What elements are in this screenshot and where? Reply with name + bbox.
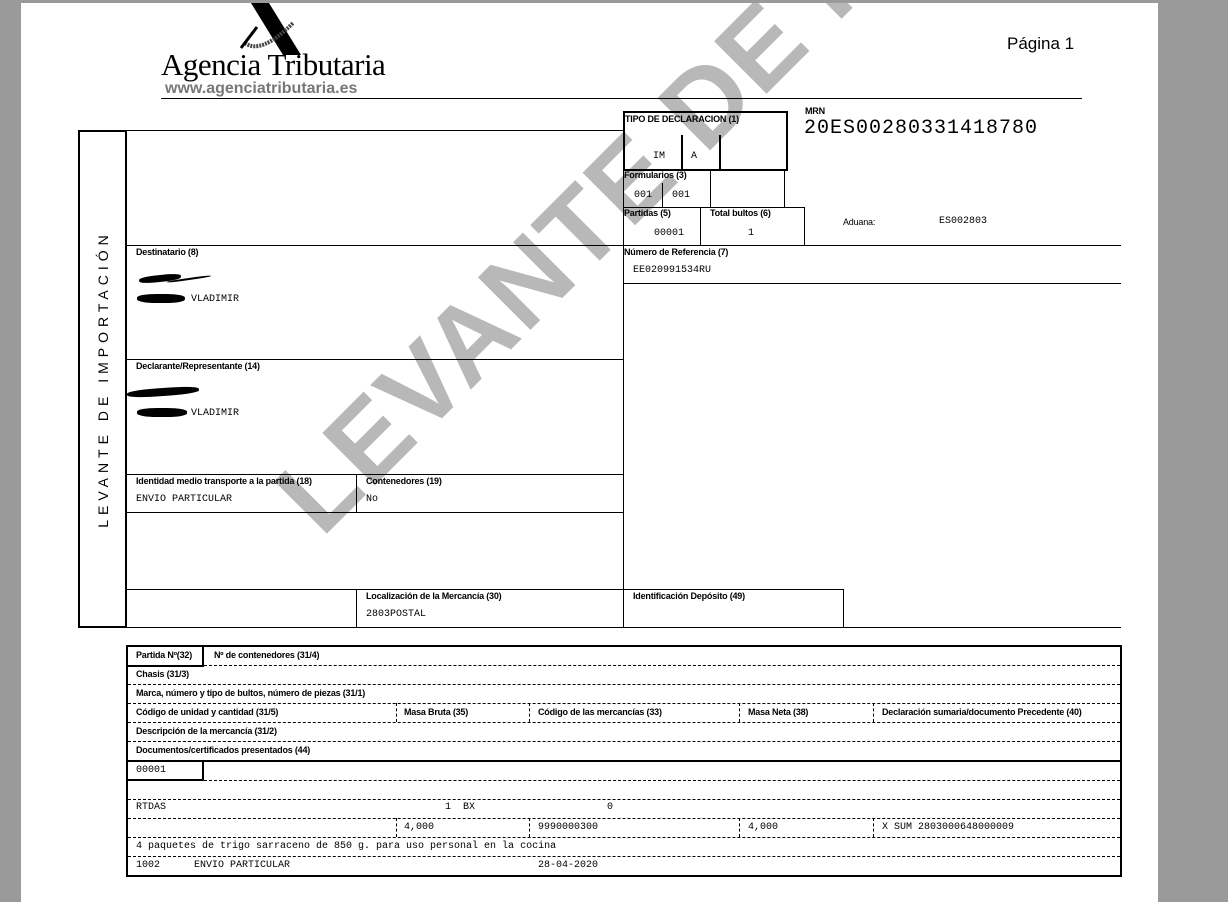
grid-line — [356, 474, 357, 512]
num-contenedores-label: Nº de contenedores (31/4) — [214, 650, 319, 660]
grid-line — [356, 589, 357, 627]
page-number: Página 1 — [1007, 34, 1074, 54]
grid-line — [125, 359, 623, 360]
partidas-value: 00001 — [654, 228, 684, 239]
grid-line — [125, 512, 623, 513]
destinatario-name: VLADIMIR — [191, 294, 239, 305]
document-page: LEVANTE DE IMPORTACIÓN Agencia Tributari… — [21, 3, 1158, 902]
tipo-value-1: IM — [653, 151, 665, 162]
formularios-box: Formularios (3) 001 001 — [623, 169, 785, 208]
masa-bruta-value: 4,000 — [404, 822, 434, 833]
codigo-mercancias-label: Código de las mercancías (33) — [538, 707, 662, 717]
deposito-box: Identificación Depósito (49) — [623, 589, 844, 628]
agency-logo: Agencia Tributaria www.agenciatributaria… — [161, 3, 391, 99]
referencia-value: EE020991534RU — [633, 265, 711, 276]
mrn-value: 20ES00280331418780 — [804, 117, 1038, 140]
partida-label: Partida Nº(32) — [136, 650, 192, 660]
documento-codigo: 1002 — [136, 860, 160, 871]
partida-value-box: 00001 — [128, 761, 204, 781]
declarante-label: Declarante/Representante (14) — [136, 361, 260, 371]
declaracion-sumaria-value: X SUM 2803000648000009 — [882, 822, 1014, 833]
formularios-value-2: 001 — [672, 190, 690, 201]
descripcion-value: 4 paquetes de trigo sarraceno de 850 g. … — [136, 841, 556, 852]
grid-line — [623, 283, 1121, 284]
masa-bruta-label: Masa Bruta (35) — [404, 707, 468, 717]
header-rule — [161, 98, 1082, 99]
referencia-label: Número de Referencia (7) — [624, 247, 728, 257]
masa-neta-label: Masa Neta (38) — [748, 707, 808, 717]
partida-value: 00001 — [136, 765, 166, 776]
contenedores-value: No — [366, 494, 378, 505]
formularios-value-1: 001 — [634, 190, 652, 201]
mrn-label: MRN — [805, 106, 825, 116]
aduana-label: Aduana: — [843, 217, 875, 227]
total-bultos-label: Total bultos (6) — [710, 208, 771, 218]
descripcion-label: Descripción de la mercancía (31/2) — [136, 726, 277, 736]
documento-descripcion: ENVIO PARTICULAR — [194, 860, 290, 871]
localizacion-label: Localización de la Mercancía (30) — [366, 591, 501, 601]
tipo-declaracion-box: TIPO DE DECLARACION (1) IM A — [623, 111, 788, 171]
declaracion-sumaria-label: Declaración sumaria/documento Precedente… — [882, 707, 1082, 717]
declarante-name: VLADIMIR — [191, 408, 239, 419]
formularios-label: Formularios (3) — [624, 170, 687, 180]
contenedores-label: Contenedores (19) — [366, 476, 442, 486]
grid-line — [125, 130, 623, 131]
identidad-transporte-value: ENVIO PARTICULAR — [136, 494, 232, 505]
chasis-label: Chasis (31/3) — [136, 669, 189, 679]
agency-url: www.agenciatributaria.es — [165, 80, 357, 98]
partidas-label: Partidas (5) — [624, 208, 671, 218]
redaction-mark — [127, 385, 199, 398]
redaction-mark — [139, 273, 182, 284]
redaction-mark — [137, 408, 187, 417]
destinatario-label: Destinatario (8) — [136, 247, 198, 257]
codigo-mercancias-value: 9990000300 — [538, 822, 598, 833]
masa-neta-value: 4,000 — [748, 822, 778, 833]
total-bultos-value: 1 — [748, 228, 754, 239]
grid-line — [125, 589, 623, 590]
aduana-value: ES002803 — [939, 216, 987, 227]
localizacion-value: 2803POSTAL — [366, 609, 426, 620]
partida-label-box: Partida Nº(32) — [128, 647, 204, 667]
tipo-value-2: A — [691, 151, 697, 162]
side-title-box: LEVANTE DE IMPORTACIÓN — [78, 130, 127, 628]
bultos-value: 1 BX — [445, 802, 475, 813]
agency-name: Agencia Tributaria — [161, 47, 385, 83]
marca-label: Marca, número y tipo de bultos, número d… — [136, 688, 365, 698]
redaction-mark — [137, 294, 185, 303]
codigo-unidad-label: Código de unidad y cantidad (31/5) — [136, 707, 278, 717]
documentos-label: Documentos/certificados presentados (44) — [136, 745, 310, 755]
side-title: LEVANTE DE IMPORTACIÓN — [95, 230, 111, 527]
piezas-value: 0 — [607, 802, 613, 813]
identidad-transporte-label: Identidad medio transporte a la partida … — [136, 476, 312, 486]
items-table: Partida Nº(32) Nº de contenedores (31/4)… — [126, 645, 1122, 877]
documento-fecha: 28-04-2020 — [538, 860, 598, 871]
marca-value: RTDAS — [136, 802, 166, 813]
deposito-label: Identificación Depósito (49) — [633, 591, 745, 601]
grid-line — [125, 474, 623, 475]
tipo-declaracion-label: TIPO DE DECLARACION (1) — [625, 114, 739, 124]
partidas-box: Partidas (5) 00001 Total bultos (6) 1 — [623, 207, 805, 246]
